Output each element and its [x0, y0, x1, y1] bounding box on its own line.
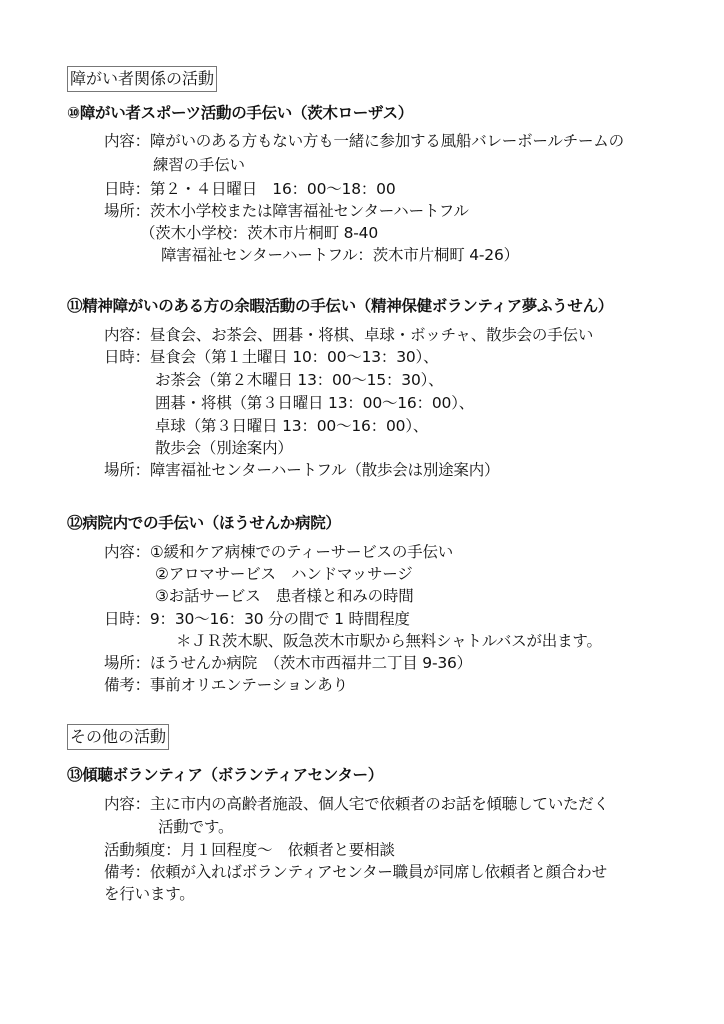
activity-13-remarks-cont: を行います。: [104, 884, 195, 904]
activity-12-content: 内容：①緩和ケア病棟でのティーサービスの手伝い: [104, 542, 453, 562]
activity-10-location: 場所：茨木小学校または障害福祉センターハートフル: [104, 201, 469, 221]
activity-12-content-2: ②アロマサービス ハンドマッサージ: [155, 564, 413, 584]
activity-12-datetime: 日時：9：30～16：30 分の間で 1 時間程度: [104, 609, 410, 629]
activity-11-datetime: 日時：昼食会（第１土曜日 10：00～13：30）、: [104, 347, 438, 367]
activity-11-location: 場所：障害福祉センターハートフル（散歩会は別途案内）: [104, 460, 499, 480]
activity-13-content: 内容：主に市内の高齢者施設、個人宅で依頼者のお話を傾聴していただく: [104, 794, 609, 814]
activity-13-frequency: 活動頻度：月１回程度～ 依頼者と要相談: [104, 840, 395, 860]
category-heading-disability: 障がい者関係の活動: [67, 66, 217, 92]
activity-title-10: ⑩障がい者スポーツ活動の手伝い（茨木ローザス）: [67, 101, 413, 123]
activity-11-datetime-3: 囲碁・将棋（第３日曜日 13：00～16：00）、: [155, 393, 474, 413]
activity-12-location: 場所：ほうせんか病院 （茨木市西福井二丁目 9-36）: [104, 653, 472, 673]
activity-13-content-cont: 活動です。: [158, 817, 233, 837]
activity-10-location-address-2: 障害福祉センターハートフル：茨木市片桐町 4-26）: [161, 245, 519, 265]
activity-11-datetime-2: お茶会（第２木曜日 13：00～15：30）、: [155, 370, 443, 390]
activity-12-content-3: ③お話サービス 患者様と和みの時間: [155, 586, 414, 606]
activity-11-datetime-4: 卓球（第３日曜日 13：00～16：00）、: [155, 416, 428, 436]
activity-11-datetime-5: 散歩会（別途案内）: [155, 438, 293, 458]
activity-10-location-address-1: （茨木小学校：茨木市片桐町 8-40: [140, 223, 378, 243]
document-page: 障がい者関係の活動 ⑩障がい者スポーツ活動の手伝い（茨木ローザス） 内容：障がい…: [0, 0, 724, 1024]
activity-12-remarks: 備考：事前オリエンテーションあり: [104, 675, 348, 695]
category-heading-other: その他の活動: [67, 724, 169, 750]
activity-12-shuttle-note: ＊ＪＲ茨木駅、阪急茨木市駅から無料シャトルバスが出ます。: [176, 631, 602, 651]
activity-10-content: 内容：障がいのある方もない方も一緒に参加する風船バレーボールチームの: [104, 131, 624, 151]
activity-10-content-cont: 練習の手伝い: [153, 155, 245, 175]
activity-title-13: ⑬傾聴ボランティア（ボランティアセンター）: [67, 763, 383, 785]
activity-title-12: ⑫病院内での手伝い（ほうせんか病院）: [67, 511, 341, 533]
activity-13-remarks: 備考：依頼が入ればボランティアセンター職員が同席し依頼者と顔合わせ: [104, 862, 607, 882]
activity-11-content: 内容：昼食会、お茶会、囲碁・将棋、卓球・ボッチャ、散歩会の手伝い: [104, 325, 593, 345]
activity-title-11: ⑪精神障がいのある方の余暇活動の手伝い（精神保健ボランティア夢ふうせん）: [67, 294, 613, 316]
activity-10-datetime: 日時：第２・４日曜日 16：00～18：00: [104, 179, 396, 199]
